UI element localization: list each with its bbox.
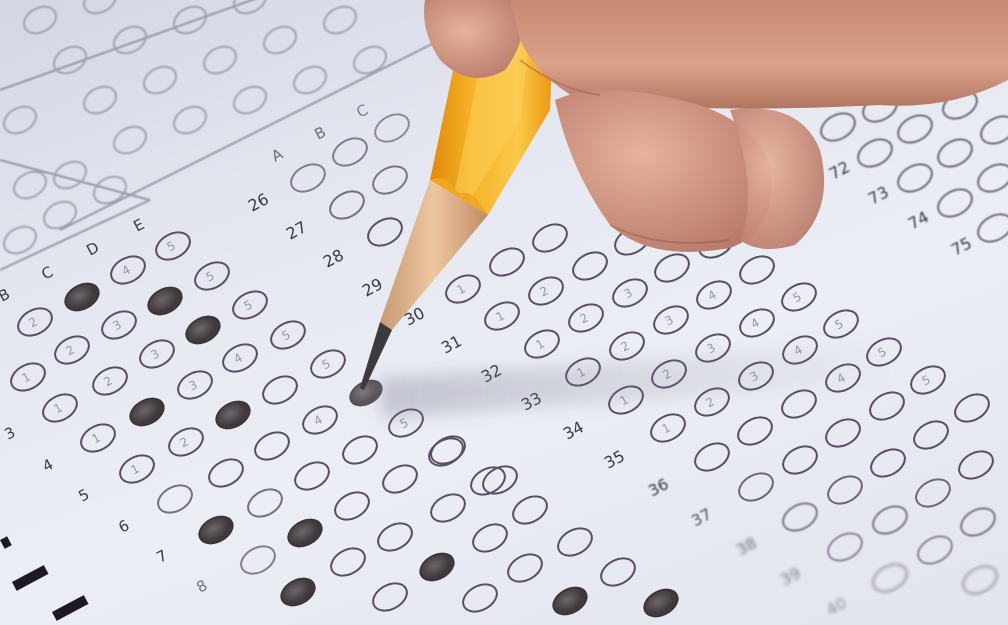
svg-text:3: 3 <box>1 423 18 443</box>
svg-text:3: 3 <box>662 312 675 328</box>
svg-text:75: 75 <box>948 233 975 259</box>
svg-text:2: 2 <box>101 373 114 389</box>
svg-text:27: 27 <box>283 217 310 243</box>
svg-text:5: 5 <box>919 372 932 388</box>
svg-text:37: 37 <box>688 504 715 530</box>
svg-text:5: 5 <box>164 238 177 254</box>
svg-text:C: C <box>353 101 371 122</box>
svg-text:1: 1 <box>51 400 64 416</box>
svg-text:72: 72 <box>826 157 853 183</box>
svg-text:34: 34 <box>560 417 587 443</box>
svg-text:1: 1 <box>493 308 506 324</box>
svg-text:4: 4 <box>748 315 761 331</box>
svg-text:1: 1 <box>128 461 141 477</box>
svg-text:3: 3 <box>621 285 634 301</box>
svg-text:3: 3 <box>148 346 161 362</box>
svg-text:2: 2 <box>577 310 590 326</box>
svg-text:7: 7 <box>153 546 170 566</box>
svg-text:4: 4 <box>119 262 132 278</box>
svg-text:30: 30 <box>401 303 428 329</box>
svg-text:1: 1 <box>89 430 102 446</box>
svg-text:2: 2 <box>537 283 550 299</box>
svg-text:3: 3 <box>186 377 199 393</box>
svg-text:74: 74 <box>905 207 932 233</box>
right-row-numbers: 72 73 74 75 <box>826 157 975 259</box>
svg-text:E: E <box>130 215 147 235</box>
svg-text:5: 5 <box>790 289 803 305</box>
svg-text:4: 4 <box>705 287 718 303</box>
svg-text:28: 28 <box>320 245 347 271</box>
svg-text:4: 4 <box>231 350 244 366</box>
svg-text:1: 1 <box>533 336 546 352</box>
svg-text:38: 38 <box>733 533 760 559</box>
svg-text:C: C <box>38 263 56 284</box>
svg-text:5: 5 <box>319 356 332 372</box>
svg-text:2: 2 <box>703 394 716 410</box>
svg-text:A: A <box>268 144 286 165</box>
svg-text:29: 29 <box>359 274 386 300</box>
svg-text:2: 2 <box>618 338 631 354</box>
answer-sheet: B C D E A B C <box>0 0 1008 625</box>
svg-text:2: 2 <box>177 434 190 450</box>
svg-text:5: 5 <box>832 316 845 332</box>
svg-text:1: 1 <box>19 369 32 385</box>
svg-text:26: 26 <box>245 189 272 215</box>
svg-text:2: 2 <box>63 342 76 358</box>
svg-text:4: 4 <box>311 412 324 428</box>
svg-text:5: 5 <box>241 297 254 313</box>
svg-text:B: B <box>311 123 329 144</box>
svg-text:B: B <box>0 285 13 306</box>
svg-text:39: 39 <box>777 563 804 589</box>
svg-text:6: 6 <box>115 516 132 536</box>
svg-text:5: 5 <box>397 415 410 431</box>
svg-text:1: 1 <box>659 420 672 436</box>
svg-text:5: 5 <box>75 485 92 505</box>
svg-text:5: 5 <box>203 268 216 284</box>
svg-text:1: 1 <box>454 281 467 297</box>
svg-text:3: 3 <box>110 317 123 333</box>
svg-text:40: 40 <box>823 593 850 619</box>
svg-text:5: 5 <box>279 327 292 343</box>
answer-sheet-photo: B C D E A B C <box>0 0 1008 625</box>
svg-text:35: 35 <box>601 446 628 472</box>
svg-text:31: 31 <box>438 331 465 357</box>
svg-text:D: D <box>83 238 102 259</box>
svg-text:2: 2 <box>26 314 39 330</box>
svg-text:36: 36 <box>645 474 672 500</box>
top-left-grid <box>0 0 440 270</box>
svg-text:73: 73 <box>865 182 892 208</box>
timing-marks <box>0 536 88 621</box>
svg-text:4: 4 <box>39 455 56 475</box>
svg-text:8: 8 <box>193 576 210 596</box>
